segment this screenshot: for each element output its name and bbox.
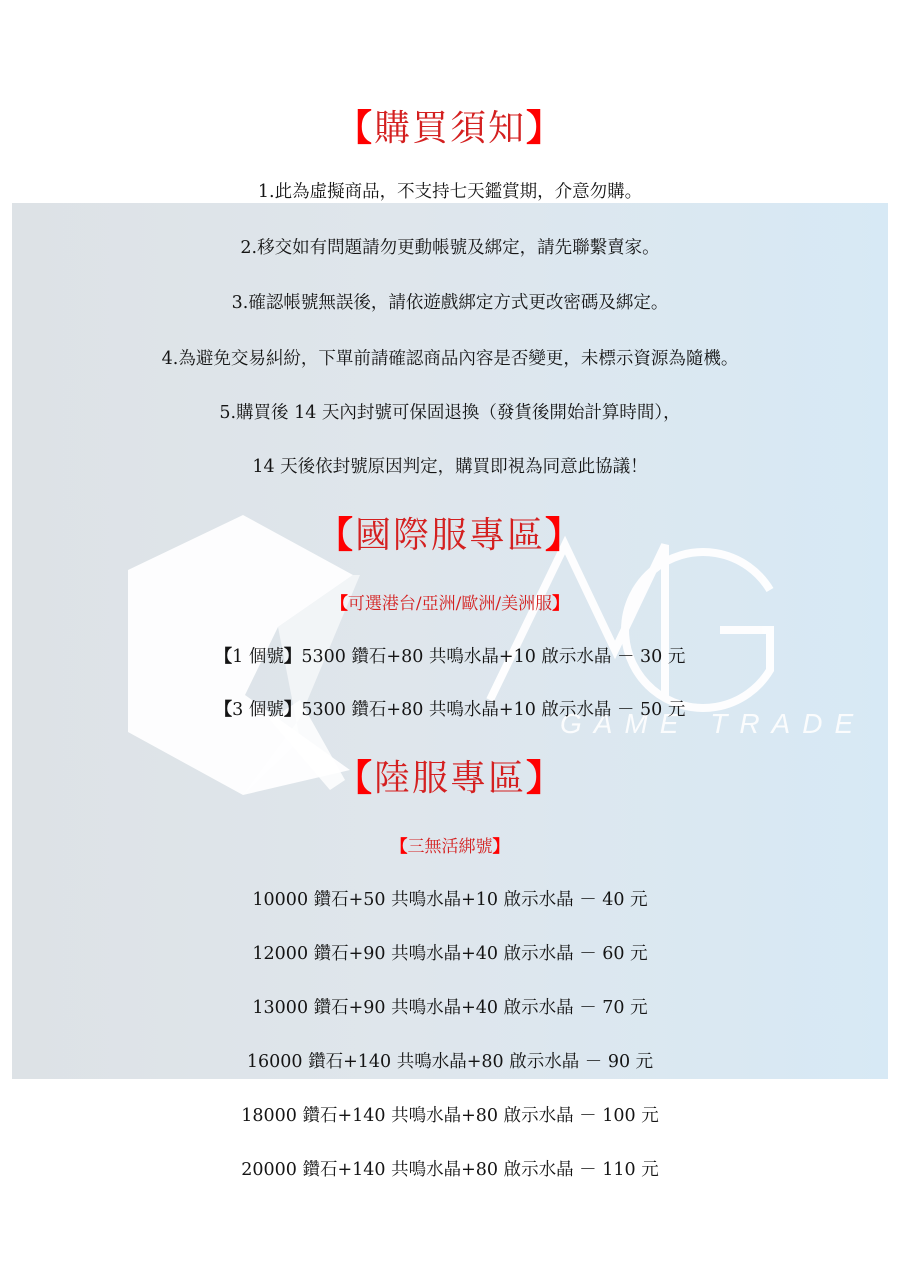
mainland-section-title: 【陸服專區】 (0, 750, 900, 801)
mainland-offer-1: 10000 鑽石+50 共鳴水晶+10 啟示水晶 － 40 元 (0, 886, 900, 911)
notice-title: 【購買須知】 (0, 100, 900, 151)
mainland-offer-2: 12000 鑽石+90 共鳴水晶+40 啟示水晶 － 60 元 (0, 940, 900, 965)
notice-item-5-continued: 14 天後依封號原因判定，購買即視為同意此協議！ (0, 453, 900, 478)
notice-item-3: 3.確認帳號無誤後，請依遊戲綁定方式更改密碼及綁定。 (0, 289, 900, 314)
international-offer-2: 【3 個號】5300 鑽石+80 共鳴水晶+10 啟示水晶 － 50 元 (0, 696, 900, 721)
notice-item-1: 1.此為虛擬商品，不支持七天鑑賞期，介意勿購。 (0, 178, 900, 203)
notice-item-5: 5.購買後 14 天內封號可保固退換（發貨後開始計算時間）， (0, 399, 900, 424)
international-offer-1: 【1 個號】5300 鑽石+80 共鳴水晶+10 啟示水晶 － 30 元 (0, 643, 900, 668)
mainland-offer-3: 13000 鑽石+90 共鳴水晶+40 啟示水晶 － 70 元 (0, 994, 900, 1019)
mainland-offer-4: 16000 鑽石+140 共鳴水晶+80 啟示水晶 － 90 元 (0, 1048, 900, 1073)
international-subtitle: 【可選港台/亞洲/歐洲/美洲服】 (0, 589, 900, 614)
purchase-info-document: 【購買須知】 1.此為虛擬商品，不支持七天鑑賞期，介意勿購。 2.移交如有問題請… (0, 0, 900, 1273)
international-section-title: 【國際服專區】 (0, 507, 900, 558)
mainland-offer-5: 18000 鑽石+140 共鳴水晶+80 啟示水晶 － 100 元 (0, 1102, 900, 1127)
notice-item-4: 4.為避免交易糾紛，下單前請確認商品內容是否變更，未標示資源為隨機。 (0, 345, 900, 370)
mainland-offer-6: 20000 鑽石+140 共鳴水晶+80 啟示水晶 － 110 元 (0, 1156, 900, 1181)
mainland-subtitle: 【三無活綁號】 (0, 832, 900, 857)
notice-item-2: 2.移交如有問題請勿更動帳號及綁定，請先聯繫賣家。 (0, 234, 900, 259)
